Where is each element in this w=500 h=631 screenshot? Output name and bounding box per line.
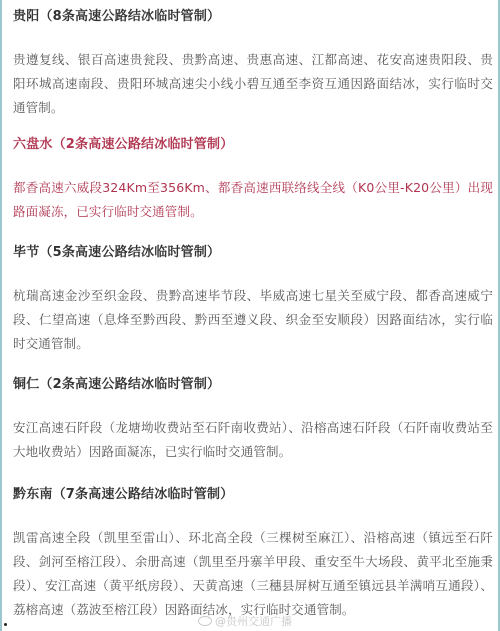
- section-heading: 贵阳（8条高速公路结冰临时管制）: [13, 8, 493, 26]
- section-heading: 黔东南（7条高速公路结冰临时管制）: [13, 486, 493, 504]
- section-bijie: 毕节（5条高速公路结冰临时管制） 杭瑞高速金沙至织金段、贵黔高速毕节段、毕威高速…: [13, 244, 493, 356]
- section-body: 安江高速石阡段（龙塘坳收费站至石阡南收费站）、沿榕高速石阡段（石阡南收费站至大地…: [13, 416, 493, 464]
- watermark: @贵州交通广播: [198, 613, 292, 629]
- section-liupanshui: 六盘水（2条高速公路结冰临时管制） 都香高速六威段324Km至356Km、都香高…: [13, 136, 493, 224]
- section-body: 凯雷高速全段（凯里至雷山）、环北高全段（三棵树至麻江）、沿榕高速（镇远至石阡段、…: [13, 526, 493, 622]
- weibo-icon: [198, 616, 212, 626]
- section-body: 贵遵复线、银百高速贵瓮段、贵黔高速、贵惠高速、江都高速、花安高速贵阳段、贵阳环城…: [13, 48, 493, 120]
- section-qiandongnan: 黔东南（7条高速公路结冰临时管制） 凯雷高速全段（凯里至雷山）、环北高全段（三棵…: [13, 486, 493, 622]
- section-body: 都香高速六威段324Km至356Km、都香高速西联络线全线（K0公里-K20公里…: [13, 176, 493, 224]
- section-heading: 六盘水（2条高速公路结冰临时管制）: [13, 136, 493, 154]
- watermark-text: @贵州交通广播: [215, 613, 292, 629]
- section-guiyang: 贵阳（8条高速公路结冰临时管制） 贵遵复线、银百高速贵瓮段、贵黔高速、贵惠高速、…: [13, 8, 493, 120]
- section-heading: 铜仁（2条高速公路结冰临时管制）: [13, 376, 493, 394]
- section-tongren: 铜仁（2条高速公路结冰临时管制） 安江高速石阡段（龙塘坳收费站至石阡南收费站）、…: [13, 376, 493, 464]
- section-heading: 毕节（5条高速公路结冰临时管制）: [13, 244, 493, 262]
- bullet-dot: [4, 623, 7, 626]
- section-body: 杭瑞高速金沙至织金段、贵黔高速毕节段、毕威高速七星关至威宁段、都香高速威宁段、仁…: [13, 284, 493, 356]
- article-frame: 贵阳（8条高速公路结冰临时管制） 贵遵复线、银百高速贵瓮段、贵黔高速、贵惠高速、…: [0, 0, 500, 631]
